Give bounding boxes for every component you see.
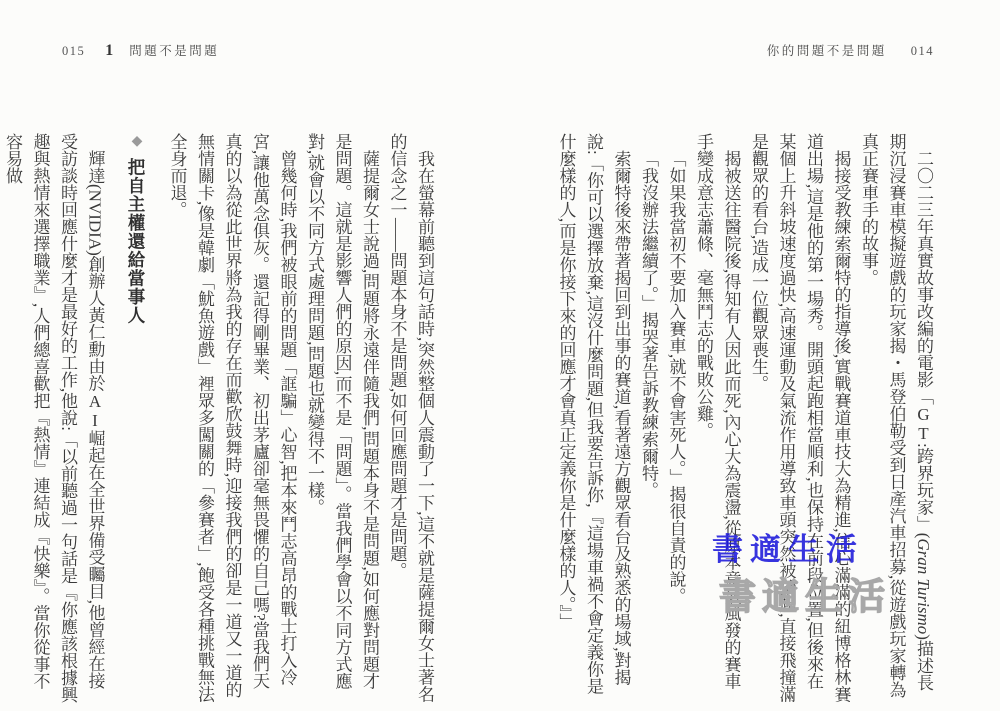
paragraph: 曾幾何時,我們被眼前的問題「誆騙」心智,把本來鬥志高昂的戰士打入冷宮,讓他萬念俱…	[163, 133, 301, 705]
paragraph: 我在螢幕前聽到這句話時,突然整個人震動了一下,這不就是薩提爾女士著名的信念之一—…	[383, 133, 438, 705]
book-spread: 0151問題不是問題 你的問題不是問題014 二〇二三年真實故事改編的電影「GT…	[0, 0, 1000, 711]
left-page-number: 015	[62, 44, 85, 58]
watermark-outline: 書適生活	[719, 566, 891, 620]
paragraph: 輝達(NVIDIA)創辦人黃仁勳由於AI崛起在全世界備受矚目,他曾經在接受訪談時…	[0, 133, 109, 705]
watermark-blue: 書適生活	[712, 524, 864, 569]
left-page-body: 我在螢幕前聽到這句話時,突然整個人震動了一下,這不就是薩提爾女士著名的信念之一—…	[58, 133, 438, 705]
left-page-header: 0151問題不是問題	[62, 41, 219, 60]
section-heading: ◆把自主權還給當事人	[122, 133, 151, 705]
paragraph: 索爾特後來帶著揭回到出事的賽道,看著遠方觀眾看台及熟悉的場域,對揭說:「你可以選…	[552, 133, 635, 705]
paragraph: 「如果我當初不要加入賽車,就不會害死人。」揭很自責的說。	[662, 133, 690, 705]
book-title: 你的問題不是問題	[767, 44, 887, 58]
right-page-number: 014	[911, 44, 934, 58]
paragraph: 「我沒辦法繼續了。」揭哭著告訴教練索爾特。	[635, 133, 663, 705]
right-page-header: 你的問題不是問題014	[767, 41, 934, 59]
chapter-title: 問題不是問題	[129, 44, 219, 58]
diamond-icon: ◆	[129, 133, 144, 150]
chapter-number: 1	[105, 42, 113, 59]
paragraph: 薩提爾女士說過,問題將永遠伴隨我們,問題本身不是問題,如何應對問題才是問題。這就…	[301, 133, 384, 705]
